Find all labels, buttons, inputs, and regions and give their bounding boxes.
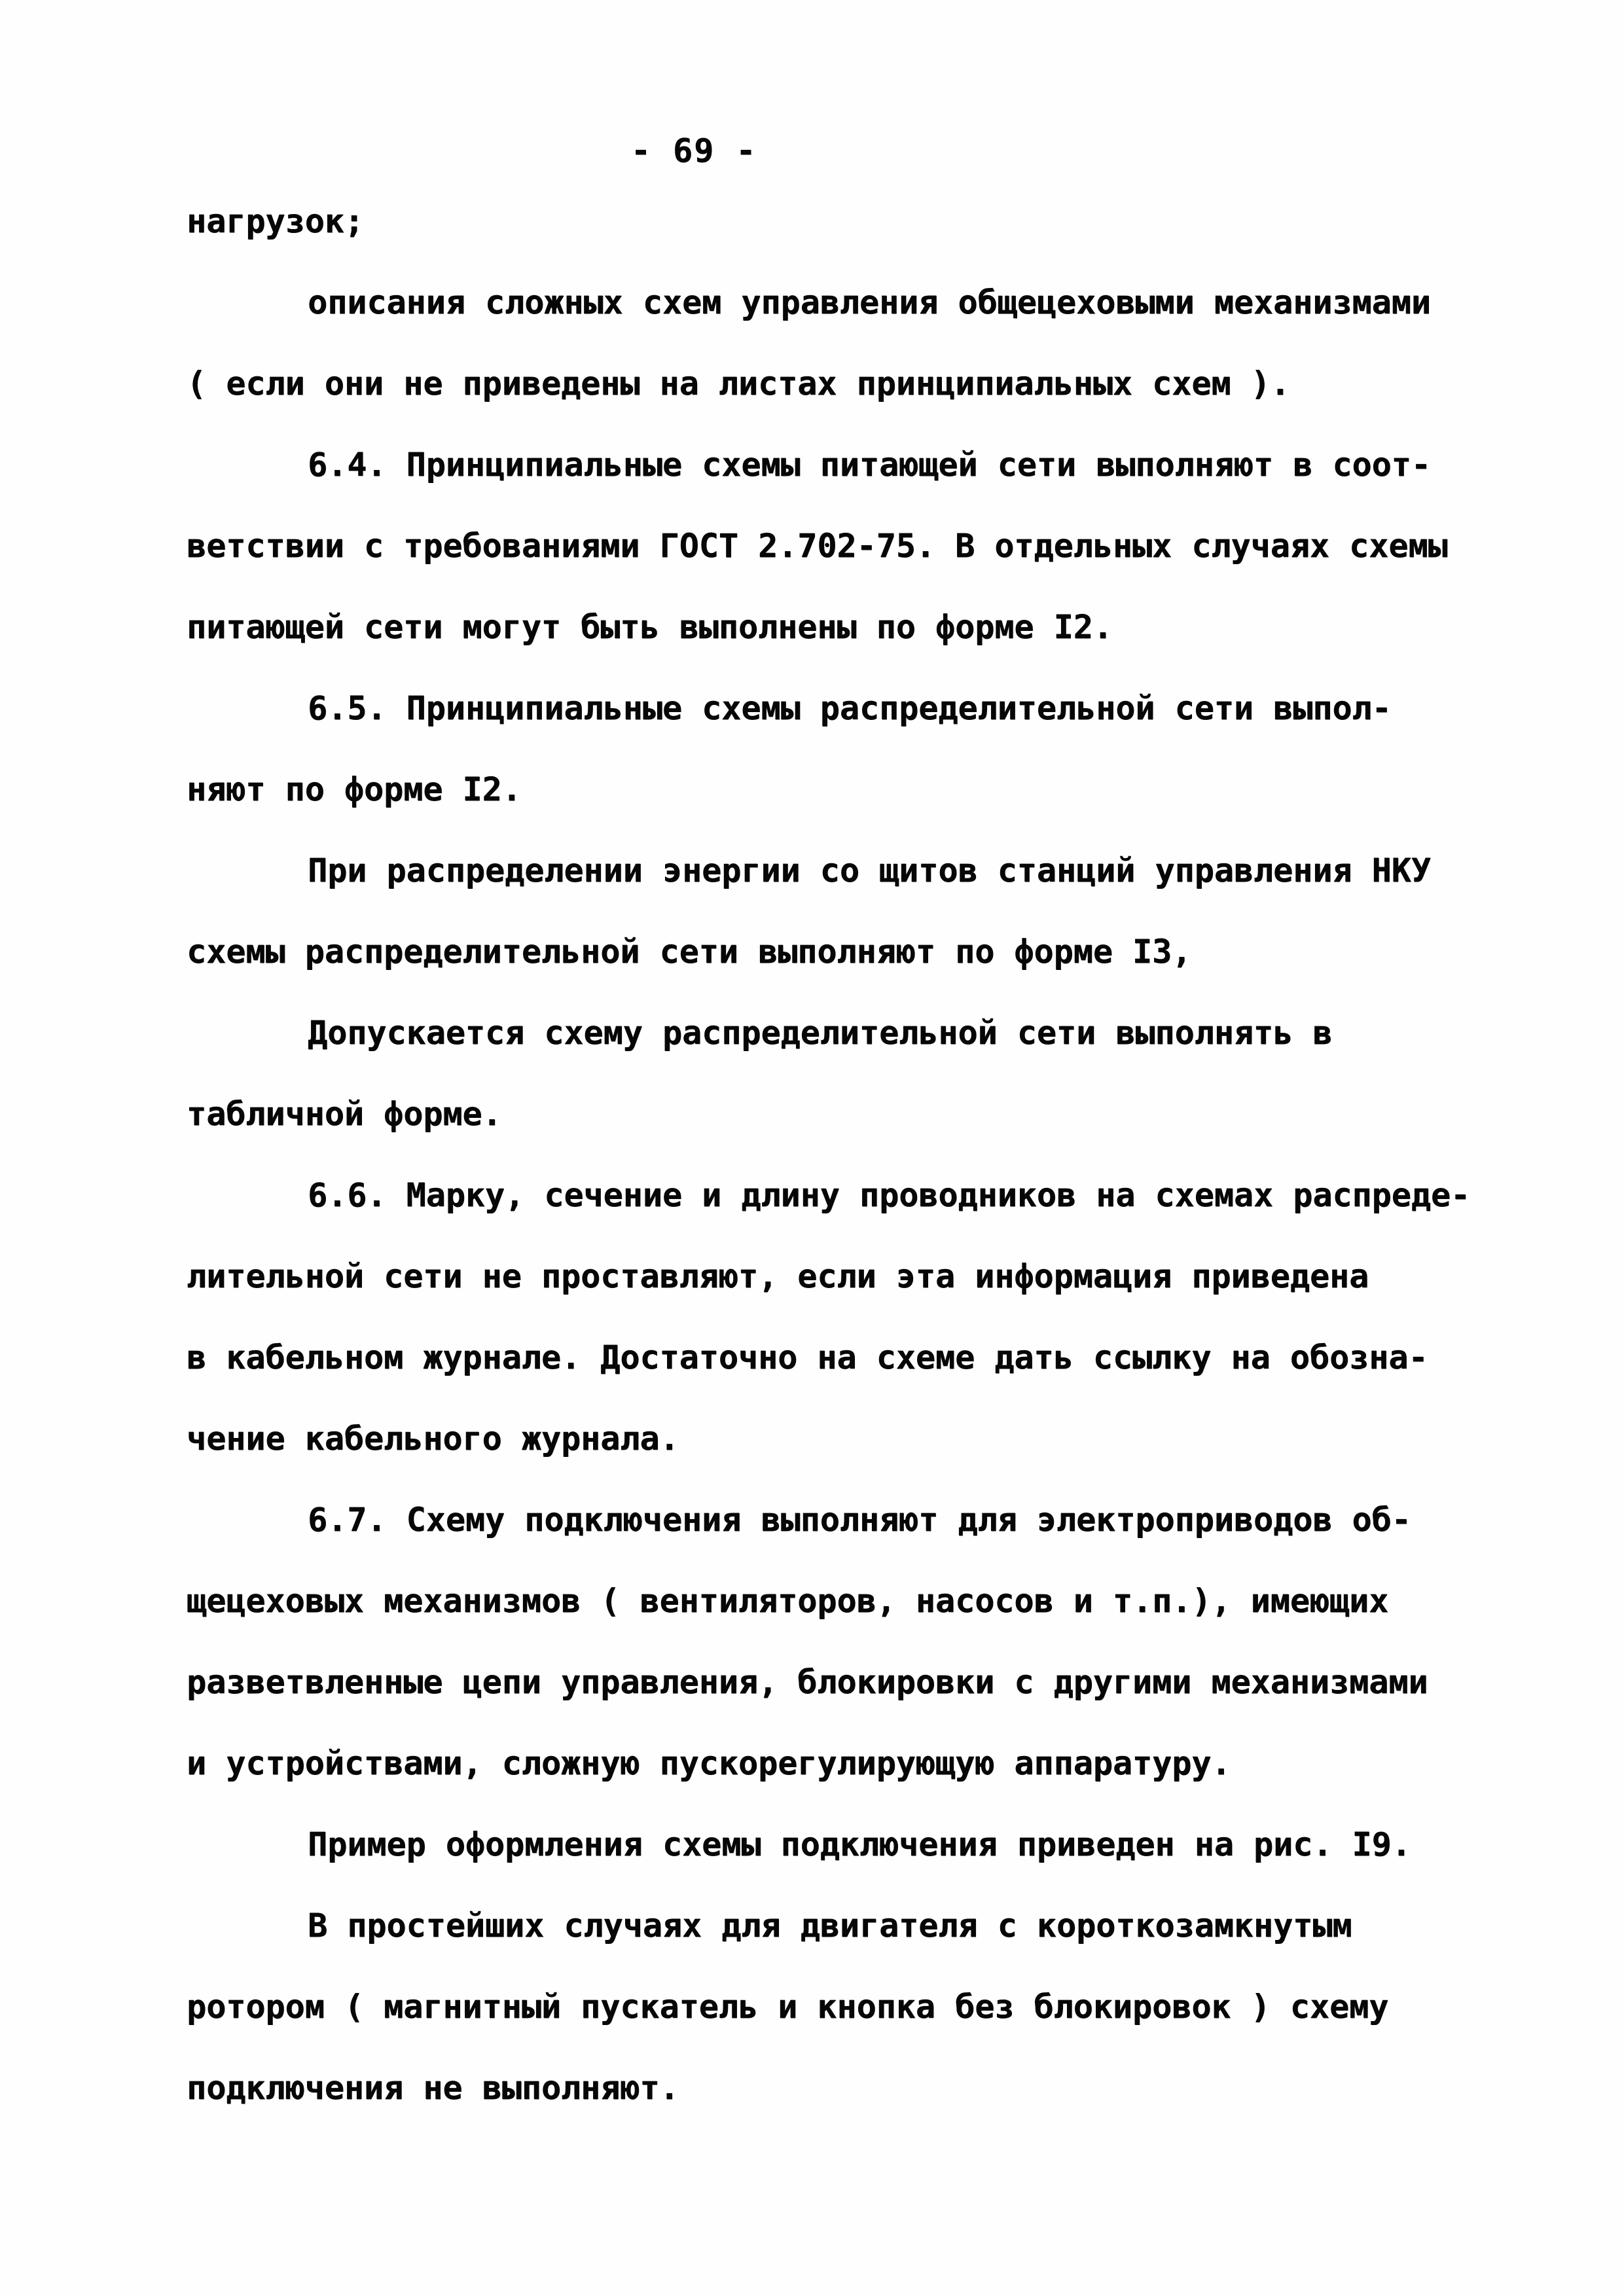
paragraph: В простейших случаях для двигателя с кор… xyxy=(187,1885,1528,2128)
text-line: нагрузок; xyxy=(187,181,1528,262)
text-line: ротором ( магнитный пускатель и кнопка б… xyxy=(187,1966,1528,2047)
text-line: подключения не выполняют. xyxy=(187,2047,1528,2128)
text-line: в кабельном журнале. Достаточно на схеме… xyxy=(187,1317,1528,1398)
text-line: описания сложных схем управления общецех… xyxy=(308,262,1528,343)
text-line: Допускается схему распределительной сети… xyxy=(308,992,1528,1073)
text-line: 6.5. Принципиальные схемы распределитель… xyxy=(308,668,1528,749)
text-line: щецеховых механизмов ( вентиляторов, нас… xyxy=(187,1560,1528,1641)
text-line: ветствии с требованиями ГОСТ 2.702-75. В… xyxy=(187,505,1528,586)
document-body: нагрузок; описания сложных схем управлен… xyxy=(187,181,1528,2128)
text-line: В простейших случаях для двигателя с кор… xyxy=(308,1885,1528,1966)
paragraph: При распределении энергии со щитов станц… xyxy=(187,830,1528,992)
text-line: При распределении энергии со щитов станц… xyxy=(308,830,1528,911)
paragraph-6-5: 6.5. Принципиальные схемы распределитель… xyxy=(187,668,1528,830)
paragraph-6-6: 6.6. Марку, сечение и длину проводников … xyxy=(187,1155,1528,1479)
text-line: и устройствами, сложную пускорегулирующу… xyxy=(187,1723,1528,1804)
paragraph: описания сложных схем управления общецех… xyxy=(187,262,1528,424)
text-line: няют по форме I2. xyxy=(187,749,1528,830)
paragraph: Пример оформления схемы подключения прив… xyxy=(187,1804,1528,1885)
text-line: Пример оформления схемы подключения прив… xyxy=(308,1804,1528,1885)
text-line: 6.7. Схему подключения выполняют для эле… xyxy=(308,1479,1528,1560)
text-line: табличной форме. xyxy=(187,1073,1528,1155)
text-line: 6.6. Марку, сечение и длину проводников … xyxy=(308,1155,1528,1236)
paragraph-6-7: 6.7. Схему подключения выполняют для эле… xyxy=(187,1479,1528,1804)
text-line: разветвленные цепи управления, блокировк… xyxy=(187,1641,1528,1723)
document-page: - 69 - нагрузок; описания сложных схем у… xyxy=(0,0,1624,2296)
paragraph: нагрузок; xyxy=(187,181,1528,262)
text-line: чение кабельного журнала. xyxy=(187,1398,1528,1479)
text-line: лительной сети не проставляют, если эта … xyxy=(187,1236,1528,1317)
text-line: питающей сети могут быть выполнены по фо… xyxy=(187,586,1528,668)
paragraph-6-4: 6.4. Принципиальные схемы питающей сети … xyxy=(187,424,1528,668)
paragraph: Допускается схему распределительной сети… xyxy=(187,992,1528,1155)
text-line: схемы распределительной сети выполняют п… xyxy=(187,911,1528,992)
text-line: 6.4. Принципиальные схемы питающей сети … xyxy=(308,424,1528,505)
page-number: - 69 - xyxy=(0,131,1388,170)
text-line: ( если они не приведены на листах принци… xyxy=(187,343,1528,424)
